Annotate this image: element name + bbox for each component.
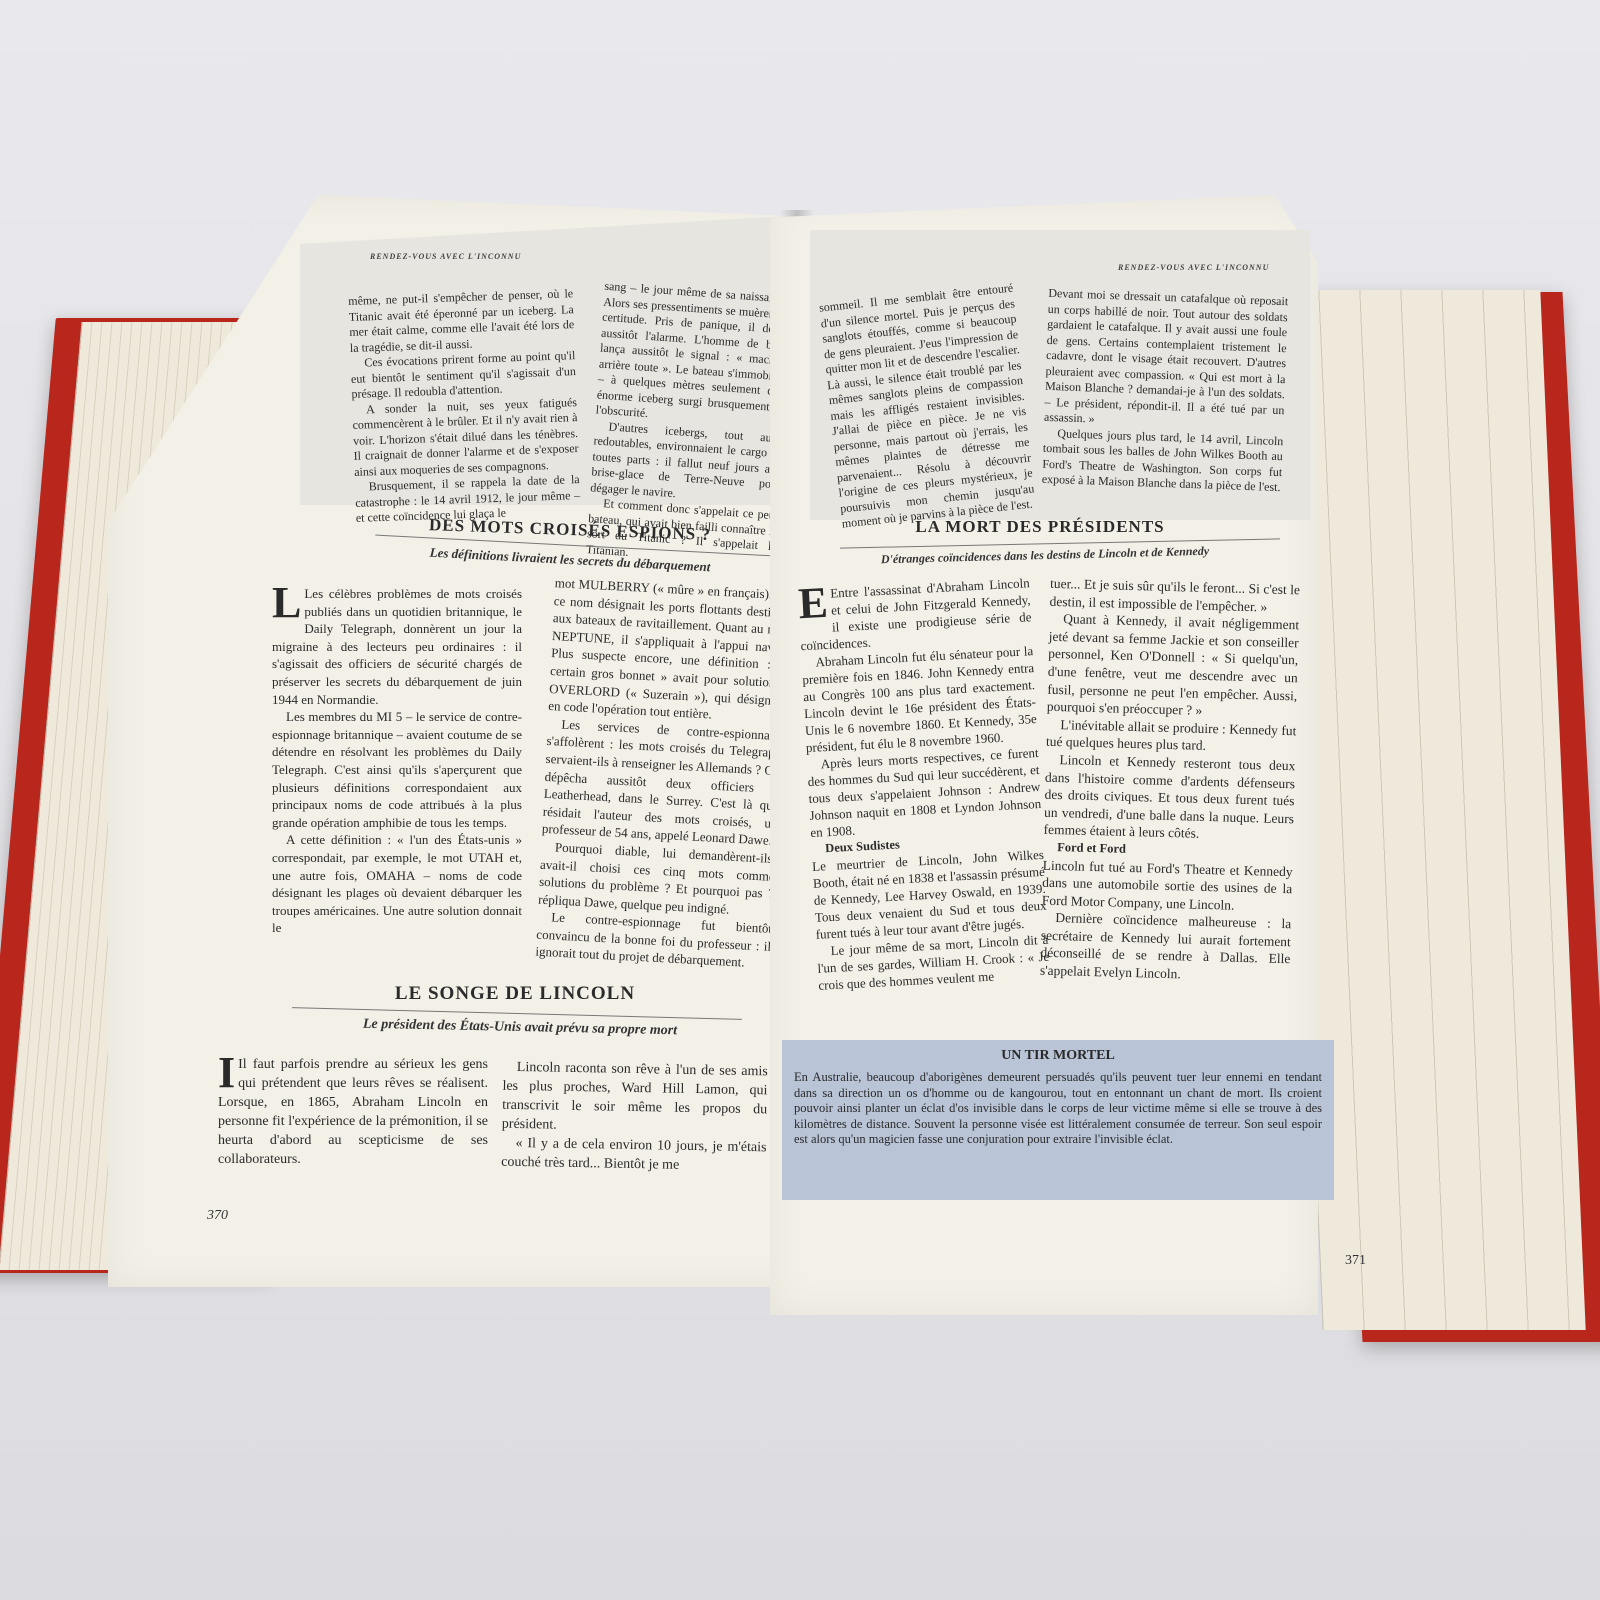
running-head-left: RENDEZ-VOUS AVEC L'INCONNU (370, 252, 521, 261)
mort-col2: tuer... Et je suis sûr qu'ils le feront.… (1040, 575, 1301, 986)
section-title-songe-lincoln: LE SONGE DE LINCOLN (290, 983, 740, 1005)
running-head-right: RENDEZ-VOUS AVEC L'INCONNU (1118, 263, 1269, 272)
mort-col1: EEntre l'assassinat d'Abraham Lincoln et… (797, 574, 1050, 994)
sidebar-box-tir-mortel: UN TIR MORTEL En Australie, beaucoup d'a… (782, 1040, 1334, 1200)
section-title-mort-presidents: LA MORT DES PRÉSIDENTS (890, 517, 1190, 537)
page-number-left: 370 (207, 1208, 228, 1224)
drop-cap-E: E (797, 585, 831, 623)
mots-croises-col1: LLes célèbres problèmes de mots croisés … (272, 585, 522, 937)
drop-cap-L: L (272, 585, 304, 621)
songe-col2: Lincoln raconta son rêve à l'un de ses a… (501, 1058, 768, 1177)
songe-col1: IIl faut parfois prendre au sérieux les … (218, 1055, 488, 1169)
left-top-col1: même, ne put-il s'empêcher de penser, où… (348, 286, 581, 526)
right-top-col1: sommeil. Il me semblait être entouré d'u… (818, 280, 1036, 532)
drop-cap-I: I (218, 1055, 238, 1091)
box-title: UN TIR MORTEL (782, 1048, 1334, 1064)
page-number-right: 371 (1345, 1253, 1366, 1269)
box-text: En Australie, beaucoup d'aborigènes deme… (782, 1064, 1334, 1154)
right-top-col2: Devant moi se dressait un catafalque où … (1042, 286, 1289, 496)
mots-croises-col2: mot MULBERRY (« mûre » en français). Or … (535, 574, 790, 973)
